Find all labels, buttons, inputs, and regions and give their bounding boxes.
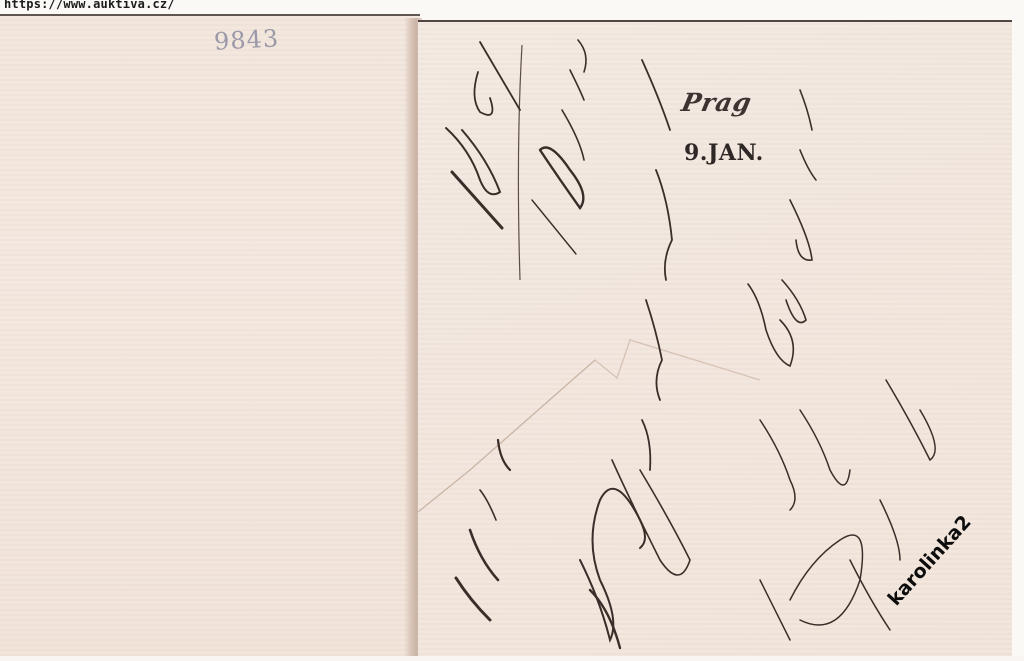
- postmark-city: Prag: [679, 88, 755, 117]
- postmark-date: 9.JAN.: [684, 140, 764, 166]
- handwriting-ink-layer: [0, 0, 1024, 661]
- postmark-stamp: Prag 9.JAN.: [678, 84, 808, 184]
- bottom-margin: [0, 656, 1024, 661]
